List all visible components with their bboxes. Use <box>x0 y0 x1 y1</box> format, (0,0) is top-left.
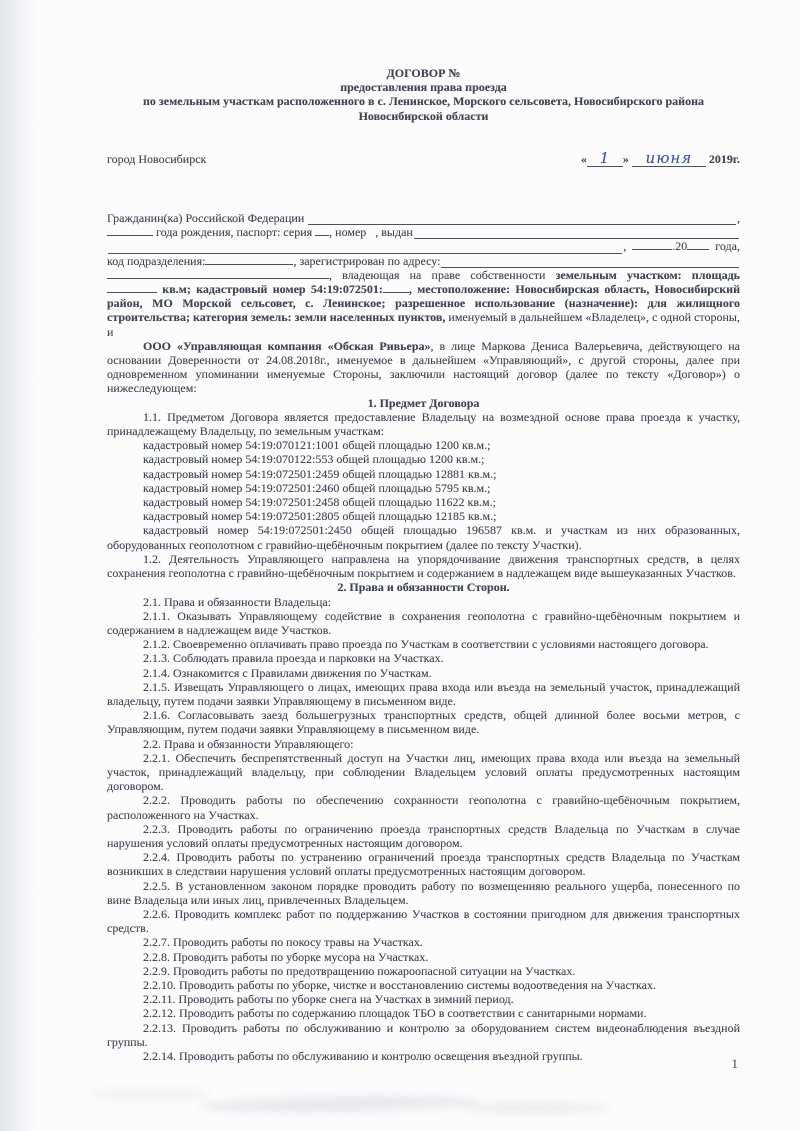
paragraph: 2.2.12. Проводить работы по содержанию п… <box>107 1006 740 1020</box>
paragraph: 1.2. Деятельность Управляющего направлен… <box>107 552 740 580</box>
text-run: 2.2.6. Проводить комплекс работ по подде… <box>107 907 740 935</box>
scanner-edge-shadow <box>0 0 36 1131</box>
paragraph: 2.2.6. Проводить комплекс работ по подде… <box>107 907 740 935</box>
text-run: 2.1. Права и обязанности Владельца: <box>143 595 331 609</box>
paragraph: 2.2.11. Проводить работы по уборке снега… <box>107 992 740 1006</box>
blank-underline <box>107 232 153 236</box>
document-body: Гражданин(ка) Российской Федерации , год… <box>107 211 740 1063</box>
handwritten-day: 1 <box>600 149 611 167</box>
dateline: город Новосибирск «1» июня 2019г. <box>107 151 740 167</box>
text-run: 2.2.10. Проводить работы по уборке, чист… <box>143 978 656 992</box>
text-run: кв.м; <box>157 282 196 296</box>
paragraph: 2.2.13. Проводить работы по обслуживанию… <box>107 1021 740 1049</box>
day-blank: 1 <box>587 151 623 167</box>
text-run: 2.2.5. В установленном законом порядке п… <box>107 879 740 907</box>
text-run: кадастровый номер 54:19:072501:2459 обще… <box>143 467 496 481</box>
paragraph: кадастровый номер 54:19:072501:2450 обще… <box>107 523 740 551</box>
blank-underline <box>632 246 672 250</box>
list-item: кадастровый номер 54:19:072501:2805 обще… <box>107 509 740 523</box>
text-run: , владеющая на праве собственности <box>329 268 556 282</box>
section-heading: 2. Права и обязанности Сторон. <box>107 580 740 594</box>
document-page: ДОГОВОР № предоставления права проезда п… <box>107 66 740 1063</box>
paragraph: 1.1. Предметом Договора является предост… <box>107 410 740 438</box>
document-title: ДОГОВОР № предоставления права проезда п… <box>107 66 740 123</box>
paragraph: 2.2.14. Проводить работы по обслуживанию… <box>107 1049 740 1063</box>
list-item: кадастровый номер 54:19:072501:2458 обще… <box>107 495 740 509</box>
text-run: 2.2.8. Проводить работы по уборке мусора… <box>143 950 428 964</box>
form-line: года рождения, паспорт: серия , номер , … <box>107 225 740 239</box>
form-line: Гражданин(ка) Российской Федерации , <box>107 211 740 225</box>
paragraph: 2.2. Права и обязанности Управляющего: <box>107 737 740 751</box>
text-run: 2.1.1. Оказывать Управляющему содействие… <box>107 609 740 637</box>
blank-underline <box>107 289 157 293</box>
text-run: 2.2.7. Проводить работы по покосу травы … <box>143 935 423 949</box>
text-run: 1.2. Деятельность Управляющего направлен… <box>107 552 740 580</box>
text-run: 2.2.2. Проводить работы по обеспечению с… <box>107 793 740 821</box>
handwritten-month: июня <box>646 149 693 167</box>
text-run: 2.2.12. Проводить работы по содержанию п… <box>143 1006 646 1020</box>
paragraph: 2.2.3. Проводить работы по ограничению п… <box>107 822 740 850</box>
list-item: кадастровый номер 54:19:072501:2460 обще… <box>107 481 740 495</box>
blank-underline <box>383 289 409 293</box>
text-run: , зарегистрирован по адресу: <box>293 254 440 268</box>
paragraph: 2.1.3. Соблюдать правила проезда и парко… <box>107 651 740 665</box>
title-line-2: предоставления права проезда <box>107 80 740 94</box>
blank-underline <box>414 235 739 239</box>
blank-underline <box>205 261 293 265</box>
text-run: , номер , выдан <box>329 225 413 239</box>
text-run: 2.2.3. Проводить работы по ограничению п… <box>107 822 740 850</box>
paragraph: 2.2.1. Обеспечить беспрепятственный дост… <box>107 751 740 794</box>
text-run: 2.1.2. Своевременно оплачивать право про… <box>143 637 709 651</box>
title-line-3: по земельным участкам расположенного в с… <box>107 94 740 108</box>
scan-smudge <box>200 1094 480 1115</box>
paragraph: 2.2.7. Проводить работы по покосу травы … <box>107 935 740 949</box>
paragraph: 2.2.4. Проводить работы по устранению ог… <box>107 850 740 878</box>
close-quote: » <box>623 152 629 166</box>
text-run: кадастровый номер 54:19:070121:1001 обще… <box>143 438 490 452</box>
text-run: 2.1.5. Извещать Управляющего о лицах, им… <box>107 680 740 708</box>
text-run: кадастровый номер 54:19:072501: <box>196 282 383 296</box>
text-run: Гражданин(ка) Российской Федерации <box>107 211 307 225</box>
list-item: кадастровый номер 54:19:070122:553 общей… <box>107 452 740 466</box>
paragraph: ООО «Управляющая компания «Обская Ривьер… <box>107 339 740 396</box>
text-run: года рождения, паспорт: серия <box>153 225 315 239</box>
text-run: кадастровый номер 54:19:070122:553 общей… <box>143 452 484 466</box>
text-run: , <box>737 211 740 225</box>
page-number: 1 <box>732 1056 739 1072</box>
paragraph: 2.1.1. Оказывать Управляющему содействие… <box>107 609 740 637</box>
date-field: «1» июня 2019г. <box>581 151 740 167</box>
paragraph: 2.1.4. Ознакомится с Правилами движения … <box>107 666 740 680</box>
paragraph: 2.1.2. Своевременно оплачивать право про… <box>107 637 740 651</box>
text-run: 2.2.1. Обеспечить беспрепятственный дост… <box>107 751 740 793</box>
section-heading: 1. Предмет Договора <box>107 396 740 410</box>
text-run: код подразделения: <box>107 254 205 268</box>
text-run: 2.2.4. Проводить работы по устранению ог… <box>107 850 740 878</box>
text-run: кадастровый номер 54:19:072501:2460 обще… <box>143 481 490 495</box>
text-run: 1. Предмет Договора <box>368 396 480 410</box>
blank-underline <box>315 232 329 236</box>
paragraph: 2.2.8. Проводить работы по уборке мусора… <box>107 950 740 964</box>
text-run: , <box>623 239 632 253</box>
blank-underline <box>107 275 329 279</box>
form-line: , .20 года, <box>107 239 740 253</box>
paragraph: 2.1.5. Извещать Управляющего о лицах, им… <box>107 680 740 708</box>
blank-underline <box>687 246 709 250</box>
text-run: 2. Права и обязанности Сторон. <box>337 580 509 594</box>
text-run: ООО «Управляющая компания «Обская Ривьер… <box>143 339 431 353</box>
text-run: 2.1.6. Согласовывать заезд большегрузных… <box>107 708 740 736</box>
year-label: 2019г. <box>709 152 740 166</box>
paragraph: 2.1.6. Согласовывать заезд большегрузных… <box>107 708 740 736</box>
scan-smudge <box>90 1088 210 1100</box>
scan-smudge <box>460 1102 610 1114</box>
paragraph: 2.1. Права и обязанности Владельца: <box>107 595 740 609</box>
city-label: город Новосибирск <box>107 152 206 166</box>
text-run: 2.2.11. Проводить работы по уборке снега… <box>143 992 514 1006</box>
form-line: код подразделения:, зарегистрирован по а… <box>107 254 740 268</box>
text-run: 2.1.3. Соблюдать правила проезда и парко… <box>143 651 444 665</box>
text-run: кадастровый номер 54:19:072501:2805 обще… <box>143 509 496 523</box>
text-run: кадастровый номер 54:19:072501:2458 обще… <box>143 495 496 509</box>
text-run: года, <box>709 239 740 253</box>
text-run: 2.1.4. Ознакомится с Правилами движения … <box>143 666 432 680</box>
list-item: кадастровый номер 54:19:072501:2459 обще… <box>107 467 740 481</box>
title-line-1: ДОГОВОР № <box>107 66 740 80</box>
text-run: 2.2.14. Проводить работы по обслуживанию… <box>143 1049 583 1063</box>
text-run: 1.1. Предметом Договора является предост… <box>107 410 740 438</box>
text-run: 2.2.9. Проводить работы по предотвращени… <box>143 964 575 978</box>
paragraph: 2.2.10. Проводить работы по уборке, чист… <box>107 978 740 992</box>
paragraph: 2.2.5. В установленном законом порядке п… <box>107 879 740 907</box>
month-blank: июня <box>632 151 706 167</box>
paragraph: , владеющая на праве собственности земел… <box>107 268 740 339</box>
list-item: кадастровый номер 54:19:070121:1001 обще… <box>107 438 740 452</box>
paragraph: 2.2.9. Проводить работы по предотвращени… <box>107 964 740 978</box>
text-run: 2.2.13. Проводить работы по обслуживанию… <box>107 1021 740 1049</box>
text-run: кадастровый номер 54:19:072501:2450 обще… <box>107 523 740 551</box>
title-line-4: Новосибирской области <box>107 109 740 123</box>
paragraph: 2.2.2. Проводить работы по обеспечению с… <box>107 793 740 821</box>
text-run: земельным участком: площадь <box>556 268 740 282</box>
text-run: 2.2. Права и обязанности Управляющего: <box>143 737 353 751</box>
text-run: .20 <box>672 239 687 253</box>
